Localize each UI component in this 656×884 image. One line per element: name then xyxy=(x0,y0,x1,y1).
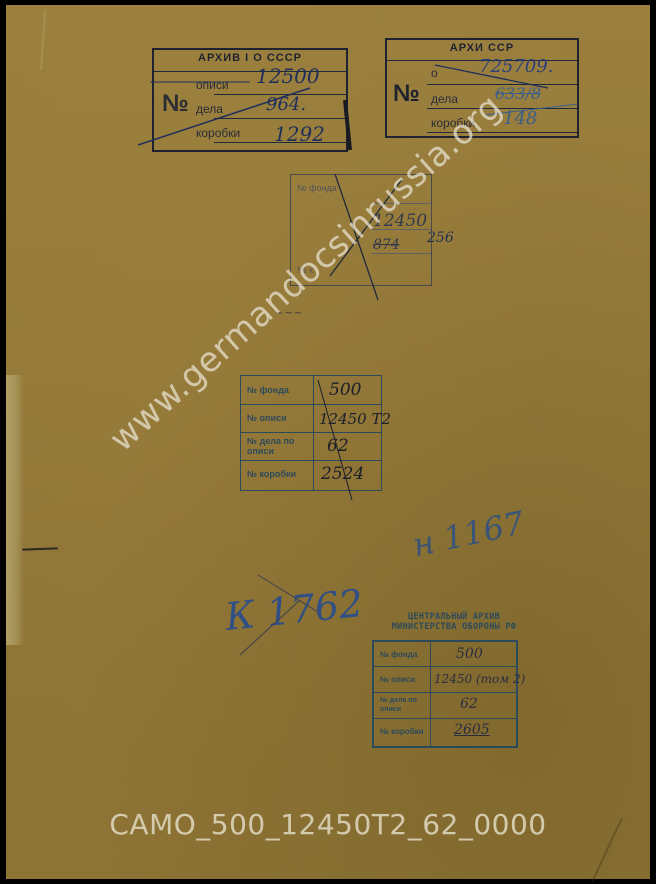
file-caption: CAMO_500_12450T2_62_0000 xyxy=(0,808,656,841)
ink-strokes xyxy=(0,0,656,884)
